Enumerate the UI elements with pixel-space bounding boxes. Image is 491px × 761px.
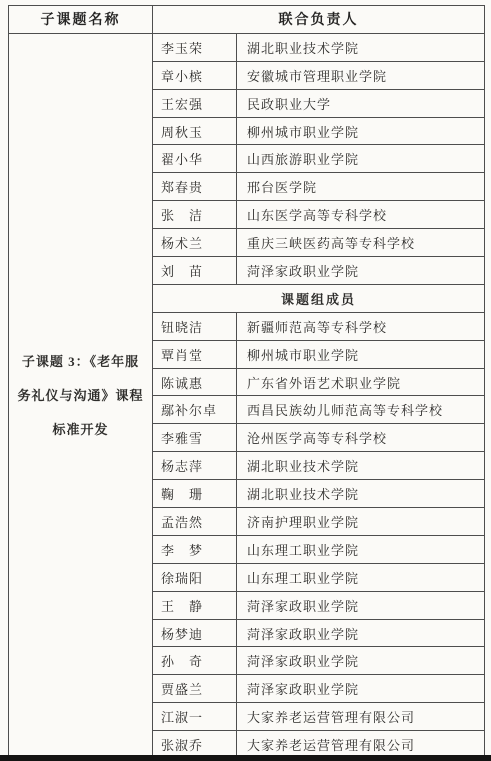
person-name: 李玉荣 xyxy=(153,33,237,61)
person-institution: 新疆师范高等专科学校 xyxy=(237,312,485,340)
table-body: 子课题 3：《老年服务礼仪与沟通》课程标准开发李玉荣湖北职业技术学院章小槟安徽城… xyxy=(9,33,485,758)
page-bottom-scan-edge xyxy=(0,755,491,761)
person-institution: 邢台医学院 xyxy=(237,173,485,201)
person-institution: 民政职业大学 xyxy=(237,89,485,117)
person-name: 王宏强 xyxy=(153,89,237,117)
person-institution: 菏泽家政职业学院 xyxy=(237,591,485,619)
table-header-row: 子课题名称 联合负责人 xyxy=(9,6,485,34)
person-name: 鞠 珊 xyxy=(153,480,237,508)
person-name: 郑春贵 xyxy=(153,173,237,201)
person-name: 王 静 xyxy=(153,591,237,619)
column-header-subtopic-name: 子课题名称 xyxy=(9,6,153,34)
person-name: 孙 奇 xyxy=(153,647,237,675)
person-name: 鄢补尔卓 xyxy=(153,396,237,424)
person-institution: 西昌民族幼儿师范高等专科学校 xyxy=(237,396,485,424)
table-row: 子课题 3：《老年服务礼仪与沟通》课程标准开发李玉荣湖北职业技术学院 xyxy=(9,33,485,61)
subtopic-title-line: 务礼仪与沟通》课程 xyxy=(15,379,146,413)
scanned-document-page: 子课题名称 联合负责人 子课题 3：《老年服务礼仪与沟通》课程标准开发李玉荣湖北… xyxy=(0,0,491,761)
person-institution: 山东理工职业学院 xyxy=(237,563,485,591)
person-name: 陈诚惠 xyxy=(153,368,237,396)
person-name: 翟小华 xyxy=(153,145,237,173)
person-name: 杨志萍 xyxy=(153,452,237,480)
person-name: 刘 苗 xyxy=(153,257,237,285)
person-institution: 广东省外语艺术职业学院 xyxy=(237,368,485,396)
person-institution: 山东医学高等专科学校 xyxy=(237,201,485,229)
person-name: 钮晓洁 xyxy=(153,312,237,340)
person-institution: 湖北职业技术学院 xyxy=(237,480,485,508)
person-name: 贾盛兰 xyxy=(153,675,237,703)
person-institution: 柳州城市职业学院 xyxy=(237,117,485,145)
person-institution: 菏泽家政职业学院 xyxy=(237,647,485,675)
person-name: 江淑一 xyxy=(153,703,237,731)
person-name: 李 梦 xyxy=(153,535,237,563)
person-institution: 菏泽家政职业学院 xyxy=(237,675,485,703)
person-institution: 大家养老运营管理有限公司 xyxy=(237,703,485,731)
person-institution: 菏泽家政职业学院 xyxy=(237,257,485,285)
section-header-project-members: 课题组成员 xyxy=(153,284,485,312)
person-institution: 重庆三峡医药高等专科学校 xyxy=(237,229,485,257)
person-institution: 湖北职业技术学院 xyxy=(237,452,485,480)
person-institution: 山东理工职业学院 xyxy=(237,535,485,563)
person-institution: 济南护理职业学院 xyxy=(237,508,485,536)
person-institution: 柳州城市职业学院 xyxy=(237,340,485,368)
person-name: 周秋玉 xyxy=(153,117,237,145)
subtopic-title-line: 子课题 3：《老年服 xyxy=(15,345,146,379)
subtopic-title-cell: 子课题 3：《老年服务礼仪与沟通》课程标准开发 xyxy=(9,33,153,758)
person-institution: 山西旅游职业学院 xyxy=(237,145,485,173)
person-institution: 沧州医学高等专科学校 xyxy=(237,424,485,452)
person-name: 覃肖堂 xyxy=(153,340,237,368)
person-name: 徐瑞阳 xyxy=(153,563,237,591)
person-name: 孟浩然 xyxy=(153,508,237,536)
person-name: 杨术兰 xyxy=(153,229,237,257)
person-institution: 湖北职业技术学院 xyxy=(237,33,485,61)
person-name: 章小槟 xyxy=(153,61,237,89)
column-header-joint-leaders: 联合负责人 xyxy=(153,6,485,34)
person-institution: 安徽城市管理职业学院 xyxy=(237,61,485,89)
subtopic-members-table: 子课题名称 联合负责人 子课题 3：《老年服务礼仪与沟通》课程标准开发李玉荣湖北… xyxy=(8,5,485,759)
subtopic-title-line: 标准开发 xyxy=(15,413,146,447)
person-institution: 菏泽家政职业学院 xyxy=(237,619,485,647)
person-name: 杨梦迪 xyxy=(153,619,237,647)
person-name: 张 洁 xyxy=(153,201,237,229)
person-name: 李雅雪 xyxy=(153,424,237,452)
